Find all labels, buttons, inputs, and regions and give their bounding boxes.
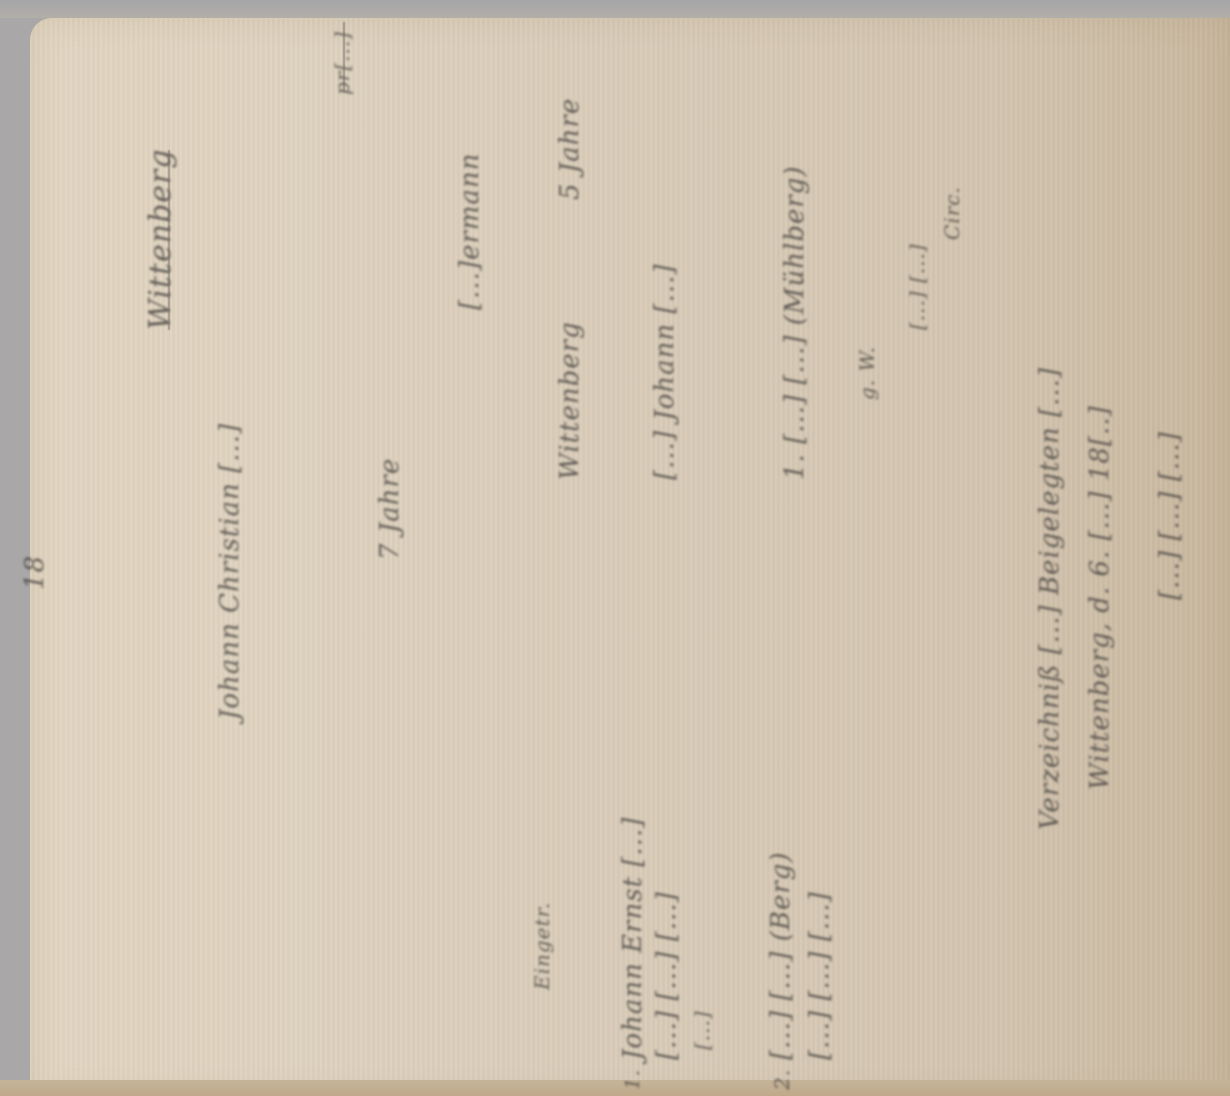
left-item-1-line1: Johann Ernst [...] [618, 817, 648, 1060]
entry-heading: Johann Christian [...] [215, 423, 245, 720]
entry-age: 7 Jahre [375, 458, 405, 560]
corner-note-underline [343, 22, 345, 92]
entry-years: 5 Jahre [555, 98, 585, 200]
place-heading: Wittenberg [143, 148, 178, 330]
signature-line-1: [...] [...] [905, 243, 929, 330]
corner-note: pr[...] [330, 31, 354, 95]
place-heading-underline [168, 150, 170, 330]
entry-line: 1. [...] [...] (Mühlberg) [780, 165, 810, 480]
left-item-1-line3: [...] [690, 1010, 714, 1050]
left-item-2-line2: [...] [...] [...] [805, 891, 835, 1060]
left-column-heading: Eingetr. [530, 902, 554, 990]
note-line-1: Verzeichniß [...] Beigelegten [...] [1035, 367, 1065, 830]
entry-status: [...]ermann [455, 152, 485, 310]
entry-relation: [...] Johann [...] [650, 263, 680, 480]
photo-background-top [0, 0, 1230, 18]
left-item-1-number: 1. [620, 1069, 644, 1090]
left-item-2-number: 2. [770, 1069, 794, 1090]
entry-abbr: g. W. [855, 346, 879, 400]
left-item-2-line1: [...] [...] (Berg) [766, 851, 796, 1060]
entry-place: Wittenberg [555, 321, 585, 480]
photo-background-bottom [0, 1080, 1230, 1096]
signature-line-2: Circ. [940, 186, 964, 240]
page-number: 18 [20, 555, 50, 590]
left-item-1-line2: [...] [...] [...] [652, 891, 682, 1060]
note-line-2: Wittenberg, d. 6. [...] 18[..] [1085, 405, 1115, 790]
note-line-3: [...] [...] [...] [1155, 431, 1185, 600]
